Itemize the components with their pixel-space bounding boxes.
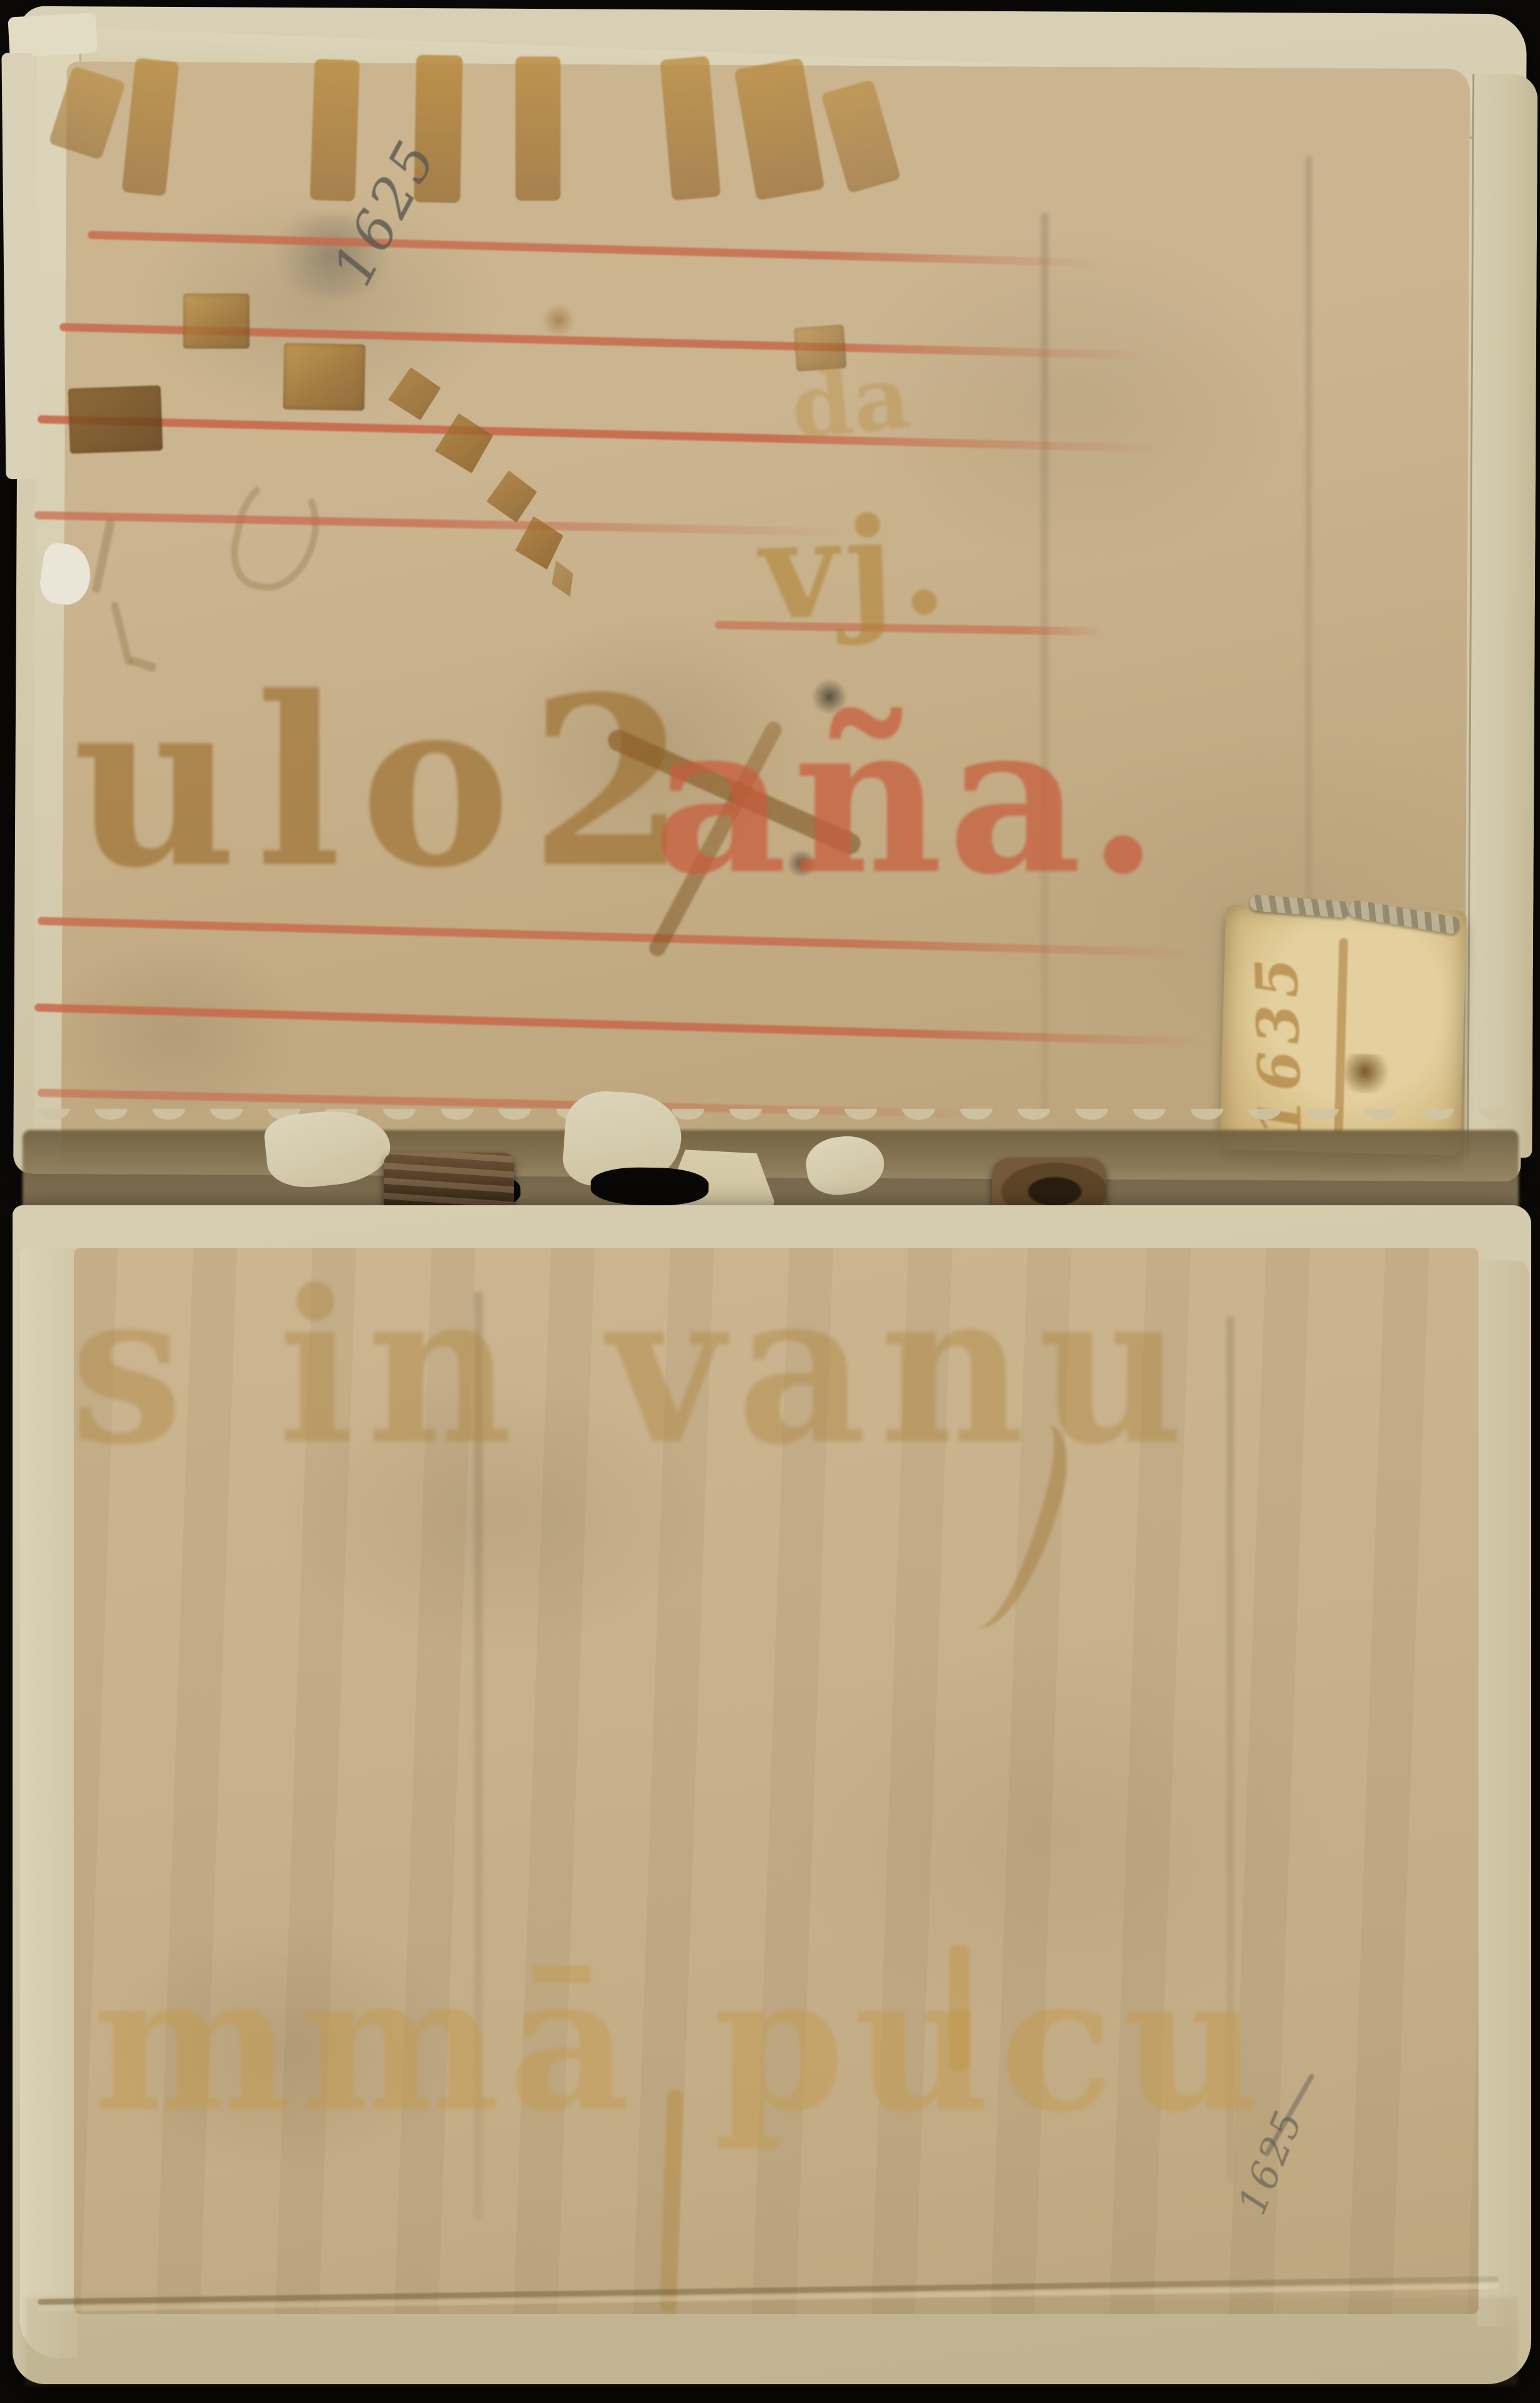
- right-edge-band: [1467, 74, 1537, 1158]
- turned-under-margin: [25, 2298, 1517, 2385]
- manuscript-photograph: 1625 da vj. ulo2 aña. 1635 s in vanu mmā…: [0, 0, 1540, 2403]
- patch-date-inscription: 1635: [1250, 936, 1318, 1138]
- square-neume: [183, 293, 250, 349]
- left-edge-band-lower: [20, 1248, 78, 2358]
- right-edge-band-lower: [1477, 1260, 1529, 2326]
- square-neume: [283, 343, 366, 411]
- letter-stroke-fragment: [310, 59, 360, 201]
- stain: [541, 305, 577, 336]
- letter-ascender-stroke: [949, 1945, 969, 2071]
- faded-syllable: da: [787, 353, 914, 453]
- verse-numeral: vj.: [757, 497, 955, 639]
- left-paper-sliver: [1, 53, 38, 480]
- patch-ink-line: [1334, 938, 1348, 1134]
- square-neume: [68, 385, 163, 453]
- letter-stroke-fragment: [515, 56, 561, 201]
- corner-paper-flap: [8, 13, 97, 57]
- rubric-antiphona-label: aña.: [653, 695, 1164, 902]
- chant-large-text: ulo2: [73, 667, 705, 899]
- torn-parchment-edge: [25, 1109, 1517, 1149]
- binding-gap: [590, 1166, 709, 1206]
- patch-ink-blot: [1344, 1054, 1390, 1094]
- vertical-crease: [1041, 213, 1048, 1110]
